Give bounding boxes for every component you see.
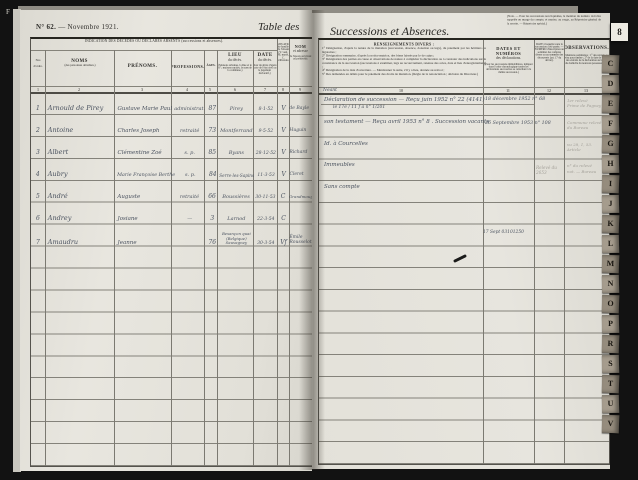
index-tab: D — [602, 75, 619, 93]
index-tab: H — [602, 155, 619, 173]
col-head-renseignements: RENSEIGNEMENTS DIVERS : 1° Désignation, … — [319, 40, 489, 89]
column-number: 1 — [32, 87, 44, 92]
index-tab: K — [602, 215, 619, 233]
index-tab: L — [602, 235, 619, 253]
col-head-professions: PROFESSIONS. — [171, 51, 204, 86]
col-head-lieu: LIEU du décès. (Maisons urbaines, la Rue… — [217, 51, 253, 86]
index-tab: E — [602, 95, 619, 113]
table-row: Déclaration de succession — Reçu juin 19… — [319, 94, 609, 116]
issue-date: — Novembre 1921. — [56, 23, 119, 31]
col-head-numero: Nos d'ordre. — [31, 51, 45, 86]
column-number: 2 — [73, 87, 85, 92]
note-text: (Nota. — Pour les successions non liquid… — [507, 15, 601, 25]
succession-table-left: INDICATION DES DÉCÉDÉS OU DÉCLARÉS ABSEN… — [30, 37, 313, 467]
page-title-right: Successions et Absences. — [330, 24, 449, 39]
index-tab: I — [602, 175, 619, 193]
table-row: 6 Andrey Josiane — 3 Larnod 22-3-54 C — [31, 203, 312, 225]
neant-annotation: Néant — [323, 88, 337, 93]
table-row: 3 Albert Clémentine Zoé s. p. 85 Byans 2… — [31, 137, 312, 159]
table-group-title: INDICATION DES DÉCÉDÉS OU DÉCLARÉS ABSEN… — [31, 39, 277, 50]
col-head-ages: ÂGES. — [204, 51, 217, 86]
column-number: 13 — [580, 88, 592, 93]
col-head-sommier: DATE à laquelle toute la succession a ét… — [534, 40, 564, 87]
index-tab: O — [602, 295, 619, 313]
table-row: 1 Arnould de Pirey Gustave Marie Paul ad… — [31, 93, 312, 115]
column-number: 5 — [204, 87, 216, 92]
index-tab: C — [602, 55, 619, 73]
column-number: 8 — [277, 87, 289, 92]
col-head-etat: SITUATION de famille de l'absent (V. veu… — [277, 39, 289, 93]
index-tab: P — [602, 315, 619, 333]
index-tab: T — [602, 375, 619, 393]
column-number: 3 — [136, 87, 148, 92]
table-row: 7 Amaudru Jeanne 76 Besançon quai (Belgi… — [31, 225, 312, 249]
succession-table-right: RENSEIGNEMENTS DIVERS : 1° Désignation, … — [318, 38, 610, 465]
binding-gutter — [299, 10, 325, 470]
col-head-prenoms: PRÉNOMS. — [114, 51, 171, 86]
page-number-tab: 8 — [611, 23, 628, 41]
pencil-note: Relevé du 2653 — [536, 165, 566, 175]
lieu-multiline: Besançon quai (Belgique) Sauvagney — [219, 232, 254, 248]
note-box: (Nota. — Pour les successions non liquid… — [507, 15, 601, 39]
issue-line: N° 62. — Novembre 1921. — [36, 23, 119, 31]
column-number: 7 — [259, 87, 271, 92]
index-tab: S — [602, 355, 619, 373]
index-tab: N — [602, 275, 619, 293]
table-row: 5 André Auguste retraité 66 Boussières 3… — [31, 181, 312, 203]
column-number: 6 — [229, 87, 241, 92]
col-head-noms: NOMS (des personnes décédées.) — [45, 51, 114, 86]
index-tab: U — [602, 395, 619, 413]
issue-number: N° 62. — [36, 23, 56, 31]
corner-letter: F — [6, 8, 10, 16]
column-number: 4 — [181, 87, 193, 92]
table-row: son testament — Reçu avril 1953 n° 8 . S… — [319, 116, 609, 138]
table-row: 2 Antoine Charles Joseph retraité 73 Mon… — [31, 115, 312, 137]
table-row: Sans compte — [319, 181, 609, 203]
index-tab: J — [602, 195, 619, 213]
right-page: Successions et Absences. (Nota. — Pour l… — [312, 13, 610, 469]
rule-line — [319, 87, 609, 88]
column-number: 12 — [543, 88, 555, 93]
col-head-dates-numeros: DATES ET NUMÉROS des déclarations. (Pour… — [483, 40, 534, 87]
table-row: Immeubles Relevé du 2653 n° du relevé no… — [319, 159, 609, 181]
table-row: 17 Sept 03101250 — [319, 225, 609, 247]
table-row: 4 Aubry Marie Françoise Berthe s. p. 84 … — [31, 159, 312, 181]
col-head-date: DATE du décès. (Jour du décès d'après l'… — [253, 51, 277, 86]
column-number: 11 — [502, 88, 514, 93]
register-scan: F N° 62. — Novembre 1921. Table des INDI… — [0, 0, 638, 480]
index-tab: F — [602, 115, 619, 133]
table-row: Id. à Courcelles vu 28, 1, 53. Article — [319, 138, 609, 160]
pencil-note: n° du relevé not. — Bureau — [567, 163, 607, 174]
index-tab: V — [602, 415, 619, 433]
index-tab: R — [602, 335, 619, 353]
renseignements-title: RENSEIGNEMENTS DIVERS : — [322, 42, 486, 46]
index-tab: M — [602, 255, 619, 273]
page-title-left: Table des — [258, 21, 299, 33]
column-number: 10 — [395, 88, 407, 93]
index-tab: G — [602, 135, 619, 153]
left-page: N° 62. — Novembre 1921. Table des INDICA… — [20, 10, 312, 471]
